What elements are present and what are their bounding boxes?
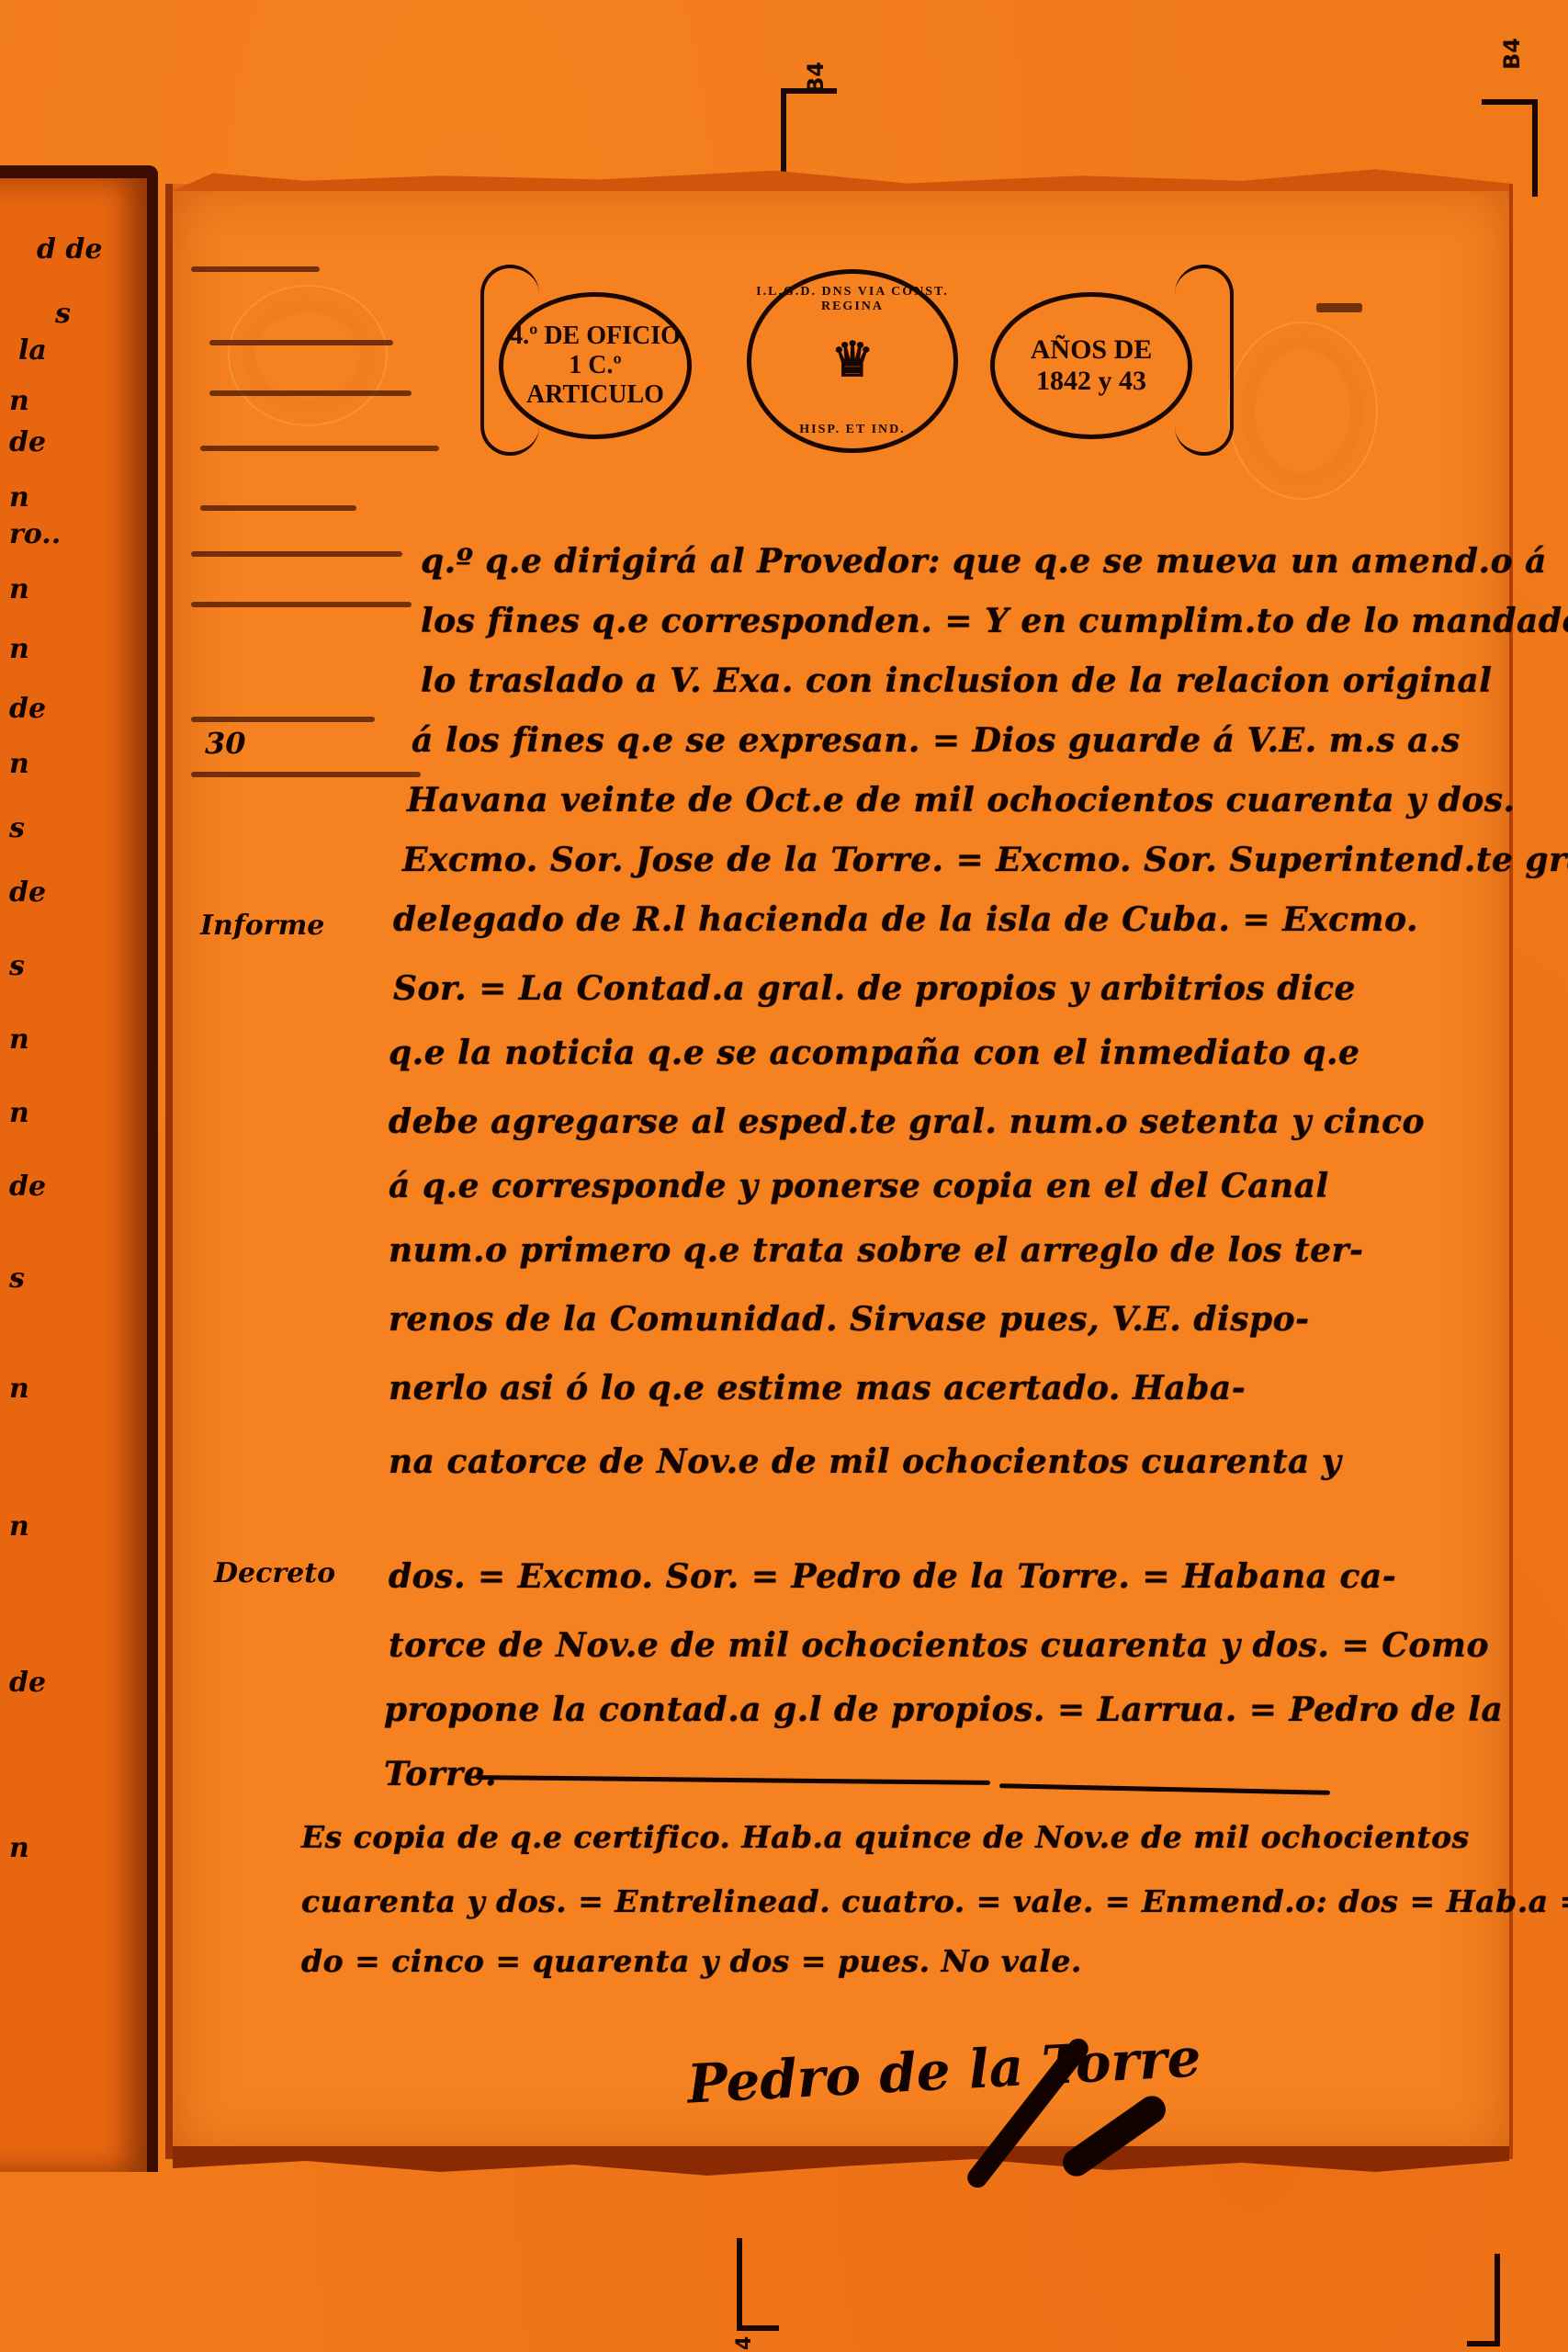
body-line: Havana veinte de Oct.e de mil ochociento… <box>407 781 1516 820</box>
left-page-text: n <box>9 1510 29 1543</box>
body-line: Torre. <box>384 1755 497 1793</box>
left-page-text: de <box>9 876 46 909</box>
page-number-bottom: 4 <box>733 2336 756 2350</box>
certification-line: cuarenta y dos. = Entrelinead. cuatro. =… <box>301 1883 1568 1919</box>
body-line: na catorce de Nov.e de mil ochocientos c… <box>389 1442 1341 1481</box>
left-page-text: n <box>9 573 29 605</box>
body-line: debe agregarse al esped.te gral. num.o s… <box>389 1102 1425 1141</box>
left-page-text: de <box>9 426 46 458</box>
body-line: dos. = Excmo. Sor. = Pedro de la Torre. … <box>389 1557 1396 1596</box>
body-line: lo traslado a V. Exa. con inclusion de l… <box>421 661 1492 700</box>
left-page-text: s <box>9 950 25 982</box>
left-page-text: n <box>9 1832 29 1864</box>
left-page-text: s <box>9 812 25 844</box>
body-line: á q.e corresponde y ponerse copia en el … <box>389 1167 1329 1205</box>
manuscript-page: 4.º DE OFICIO 1 C.º ARTICULO I.L.G.D. DN… <box>165 184 1513 2159</box>
crop-mark-top-left <box>781 88 837 186</box>
left-page-text: n <box>9 385 29 417</box>
certification-line: do = cinco = quarenta y dos = pues. No v… <box>301 1943 1082 1979</box>
crop-label-b4-left: B4 <box>803 62 829 94</box>
body-line: torce de Nov.e de mil ochocientos cuaren… <box>389 1626 1489 1665</box>
body-line: renos de la Comunidad. Sirvase pues, V.E… <box>389 1300 1310 1339</box>
crop-label-b4-right: B4 <box>1499 38 1525 70</box>
left-page-text: de <box>9 1667 46 1699</box>
body-line: q.º q.e dirigirá al Provedor: que q.e se… <box>421 542 1547 581</box>
body-line: los fines q.e corresponden. = Y en cumpl… <box>421 602 1568 640</box>
left-page-text: n <box>9 1097 29 1129</box>
body-line: num.o primero q.e trata sobre el arreglo… <box>389 1231 1363 1270</box>
body-line: propone la contad.a g.l de propios. = La… <box>384 1690 1503 1729</box>
left-page-text: ro.. <box>9 518 61 550</box>
body-line: Excmo. Sor. Jose de la Torre. = Excmo. S… <box>402 841 1568 879</box>
left-page-text: d de <box>37 233 102 266</box>
body-line: Sor. = La Contad.a gral. de propios y ar… <box>393 969 1356 1008</box>
left-page-text: n <box>9 1373 29 1405</box>
left-page-text: n <box>9 481 29 514</box>
manuscript-body: q.º q.e dirigirá al Provedor: que q.e se… <box>173 184 1509 2159</box>
crop-mark-bottom-right <box>1467 2254 1500 2346</box>
certification-line: Es copia de q.e certifico. Hab.a quince … <box>301 1819 1470 1855</box>
body-line: q.e la noticia q.e se acompaña con el in… <box>389 1034 1359 1072</box>
left-page-text: s <box>9 1262 25 1295</box>
facing-page-left: d de s la n de n ro.. n n de n s de s n … <box>0 165 158 2172</box>
crop-mark-bottom-left <box>737 2238 779 2331</box>
body-line: nerlo asi ó lo q.e estime mas acertado. … <box>389 1369 1246 1408</box>
body-line: delegado de R.l hacienda de la isla de C… <box>393 900 1418 939</box>
left-page-text: s <box>55 298 71 330</box>
left-page-text: n <box>9 1023 29 1056</box>
left-page-text: n <box>9 748 29 780</box>
left-page-text: la <box>18 334 47 367</box>
signature: Pedro de la Torre <box>686 2026 1202 2115</box>
left-page-text: n <box>9 633 29 665</box>
body-line: á los fines q.e se expresan. = Dios guar… <box>412 721 1461 760</box>
left-page-text: de <box>9 1170 46 1203</box>
left-page-text: de <box>9 693 46 725</box>
closing-rule <box>476 1775 990 1785</box>
closing-rule <box>999 1783 1330 1795</box>
